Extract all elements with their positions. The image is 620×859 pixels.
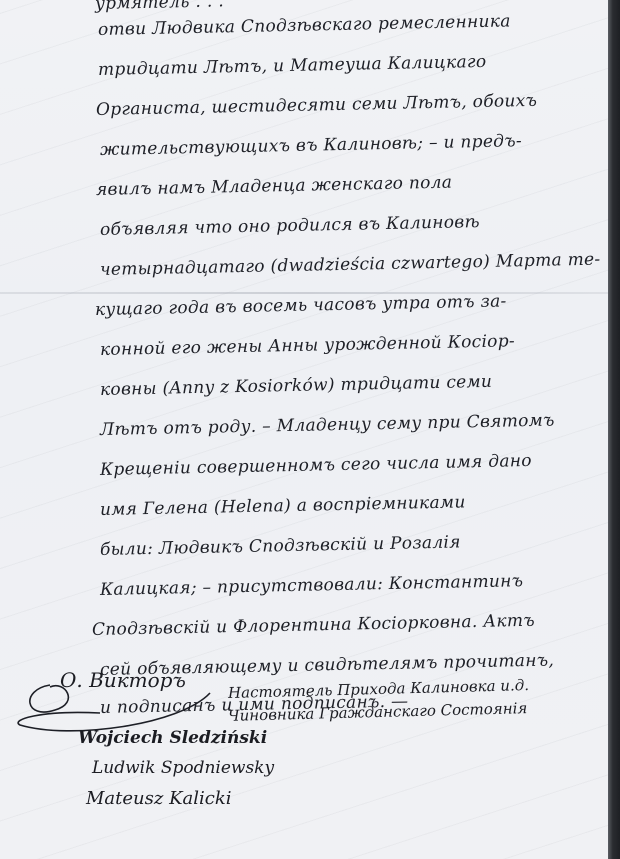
text-line-13: имя Гелена (Helena) а воспріемниками	[100, 492, 466, 520]
text-line-0: урмятель . . .	[95, 0, 224, 14]
text-line-3: Органиста, шестидесяти семи Лѣтъ, обоихъ	[96, 91, 538, 120]
text-line-16: Сподзѣвскій и Флорентина Косіорковна. Ак…	[92, 611, 535, 640]
text-line-9: конной его жены Анны урожденной Косіор-	[100, 331, 515, 360]
text-line-11: Лѣтъ отъ роду. – Младенцу сему при Свято…	[100, 410, 555, 440]
text-line-2: тридцати Лѣтъ, и Матеуша Калицкаго	[98, 52, 487, 80]
witness-signature-3: Mateusz Kalicki	[86, 788, 232, 809]
text-line-15: Калицкая; – присутствовали: Константинъ	[100, 571, 524, 600]
document-page: урмятель . . . отви Людвика Сподзѣвскаго…	[0, 0, 616, 859]
book-binding-edge	[608, 0, 620, 859]
text-line-14: были: Людвикъ Сподзѣвскій и Розалія	[100, 532, 461, 560]
text-line-4: жительствующихъ въ Калиновѣ; – и предъ-	[100, 131, 522, 160]
page-fold-line	[0, 292, 616, 294]
text-line-7: четырнадцатаго (dwadzieścia czwartego) М…	[100, 250, 601, 280]
text-line-8: кущаго года въ восемь часовъ утра отъ за…	[95, 291, 507, 320]
text-line-5: явилъ намъ Младенца женскаго пола	[96, 173, 453, 200]
witness-signature-1: Wojciech Sledziński	[78, 728, 267, 748]
witness-signature-2: Ludwik Spodniewsky	[92, 758, 274, 778]
official-initial-signature: О. Викторъ	[60, 668, 186, 692]
text-line-12: Крещеніи совершенномъ сего числа имя дан…	[100, 451, 532, 480]
text-line-10: ковны (Anny z Kosiorków) тридцати семи	[100, 372, 493, 400]
text-line-6: объявляя что оно родился въ Калиновѣ	[100, 212, 480, 240]
text-line-1: отви Людвика Сподзѣвскаго ремесленника	[98, 11, 511, 40]
